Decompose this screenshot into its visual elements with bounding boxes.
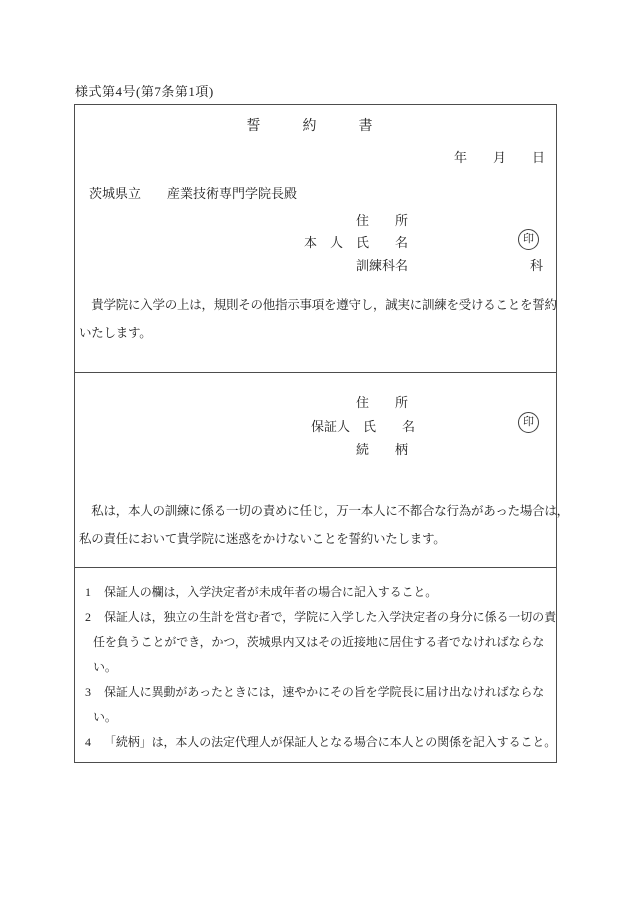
- section-guarantor: 住 所 保証人 氏 名 印 続 柄 私は，本人の訓練に係る一切の責めに任じ，万一…: [75, 373, 556, 568]
- note-item: 1保証人の欄は，入学決定者が未成年者の場合に記入すること。: [85, 580, 552, 605]
- note-item: 2保証人は，独立の生計を営む者で，学院に入学した入学決定者の身分に係る一切の責 …: [85, 605, 552, 680]
- pledge-line: 私の責任において貴学院に迷惑をかけないことを誓約いたします。: [79, 525, 556, 553]
- note-item: 4「続柄」は，本人の法定代理人が保証人となる場合に本人との関係を記入すること。: [85, 730, 552, 755]
- note-text: 任を負うことができ，かつ，茨城県内又はその近接地に居住する者でなければならな: [85, 630, 552, 655]
- note-number: 1: [85, 580, 104, 605]
- document-title: 誓 約 書: [75, 115, 556, 135]
- seal-icon: 印: [518, 412, 539, 433]
- note-text: 保証人は，独立の生計を営む者で，学院に入学した入学決定者の身分に係る一切の責: [104, 610, 556, 624]
- note-number: 4: [85, 730, 104, 755]
- note-text: 保証人の欄は，入学決定者が未成年者の場合に記入すること。: [104, 585, 437, 599]
- pledge-line: いたします。: [79, 319, 556, 347]
- guarantor-pledge-paragraph: 私は，本人の訓練に係る一切の責めに任じ，万一本人に不都合な行為があった場合は， …: [79, 497, 556, 553]
- section-notes: 1保証人の欄は，入学決定者が未成年者の場合に記入すること。 2保証人は，独立の生…: [75, 568, 556, 760]
- section-applicant: 誓 約 書 年 月 日 茨城県立 産業技術専門学院長殿 住 所 本 人 氏 名 …: [75, 105, 556, 373]
- guarantor-address-label: 住 所: [356, 392, 408, 411]
- seal-icon: 印: [518, 229, 539, 250]
- page: { "form_label": "様式第4号(第7条第1項)", "doc": …: [0, 0, 630, 915]
- applicant-pledge-paragraph: 貴学院に入学の上は，規則その他指示事項を遵守し，誠実に訓練を受けることを誓約 い…: [79, 291, 556, 347]
- pledge-line: 私は，本人の訓練に係る一切の責めに任じ，万一本人に不都合な行為があった場合は，: [79, 497, 556, 525]
- course-suffix-label: 科: [530, 255, 543, 274]
- form-number-label: 様式第4号(第7条第1項): [75, 81, 214, 100]
- applicant-name-label: 本 人 氏 名: [304, 232, 408, 251]
- note-text: 保証人に異動があったときには，速やかにその旨を学院長に届け出なければならな: [104, 685, 544, 699]
- addressee-line: 茨城県立 産業技術専門学院長殿: [89, 183, 297, 202]
- note-item: 3保証人に異動があったときには，速やかにその旨を学院長に届け出なければならな い…: [85, 680, 552, 730]
- note-number: 3: [85, 680, 104, 705]
- relation-label: 続 柄: [356, 439, 408, 458]
- note-text: 「続柄」は，本人の法定代理人が保証人となる場合に本人との関係を記入すること。: [104, 735, 556, 749]
- document-border-box: 誓 約 書 年 月 日 茨城県立 産業技術専門学院長殿 住 所 本 人 氏 名 …: [74, 104, 557, 763]
- date-line: 年 月 日: [454, 147, 545, 166]
- course-name-label: 訓練科名: [356, 255, 408, 274]
- note-number: 2: [85, 605, 104, 630]
- note-text: い。: [85, 705, 552, 730]
- applicant-address-label: 住 所: [356, 210, 408, 229]
- pledge-line: 貴学院に入学の上は，規則その他指示事項を遵守し，誠実に訓練を受けることを誓約: [79, 291, 556, 319]
- note-text: い。: [85, 655, 552, 680]
- guarantor-name-label: 保証人 氏 名: [311, 416, 415, 435]
